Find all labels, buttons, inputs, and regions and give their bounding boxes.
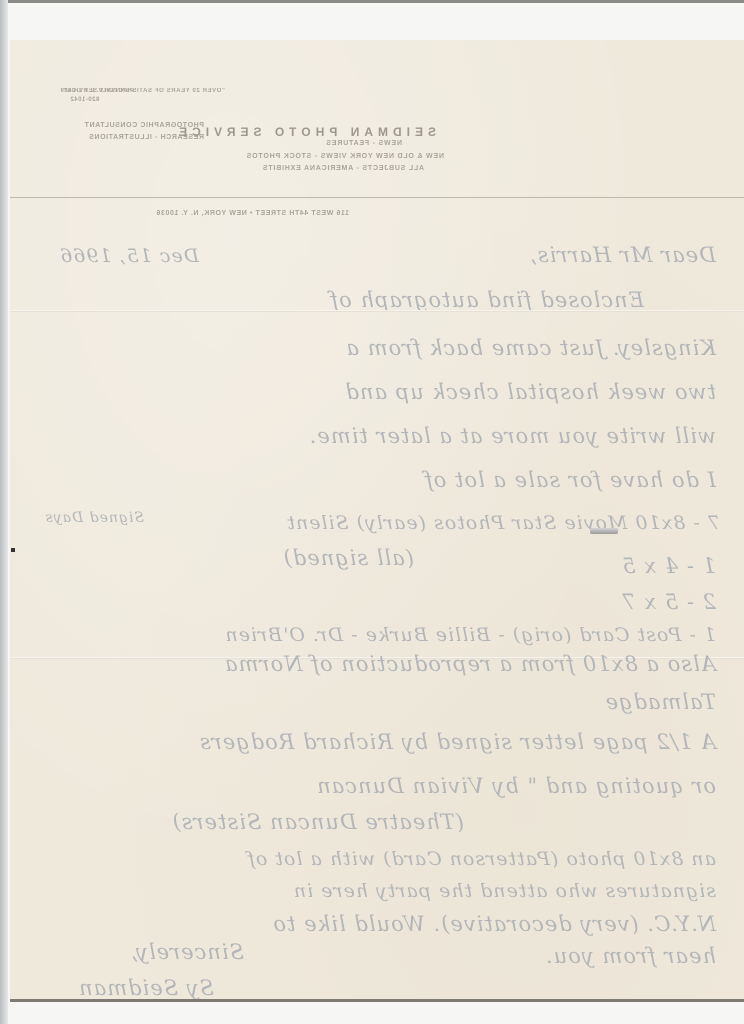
letterhead-address: 116 WEST 44th STREET • NEW YORK, N. Y. 1…: [156, 210, 349, 217]
letter-line: an 8x10 photo (Patterson Card) with a lo…: [247, 848, 716, 870]
letter-line: I do have for sale a lot of: [424, 468, 716, 492]
tape-mark: [590, 528, 618, 534]
letter-salutation: Dear Mr Harris,: [529, 243, 716, 267]
letter-line: hear from you.: [545, 944, 716, 968]
scan-dot-mark: [11, 548, 15, 552]
letter-margin-note: Signed Days: [45, 510, 144, 526]
letter-line: Also a 8x10 from a reproduction of Norma: [224, 652, 716, 676]
letter-line: will write you more at a later time.: [309, 424, 716, 448]
letterhead-tagline: "Over 20 Years of Satisfactory Service": [63, 88, 225, 94]
letter-line: two week hospital check up and: [345, 380, 716, 404]
letterhead-company-name: SEIDMAN PHOTO SERVICE: [174, 125, 436, 139]
letter-line: (all signed): [283, 546, 414, 570]
letter-line: 7 - 8x10 Movie Star Photos (early) Silen…: [286, 512, 720, 534]
letter-line: 1 - Post Card (orig) - Billie Burke - Dr…: [224, 624, 716, 646]
letter-line: Enclosed find autograph of: [329, 288, 644, 312]
letter-closing: Sincerely,: [130, 940, 244, 964]
letter-line: 1 - 4 x 5: [621, 554, 716, 578]
letter-date: Dec 15, 1966: [59, 245, 199, 267]
letterhead-subtitle-2: NEW & OLD NEW YORK VIEWS - STOCK PHOTOS: [246, 153, 444, 160]
letterhead-phone-2: 820-1042: [70, 97, 99, 103]
letter-line: Talmadge: [605, 690, 716, 714]
letterhead-divider: [10, 197, 744, 198]
letter-signature: Sy Seidman: [78, 976, 214, 1000]
paper-fold-crease: [10, 310, 744, 312]
letterhead-subtitle-1: NEWS - FEATURES: [326, 140, 402, 147]
mirrored-content: Pennsylv. L T 1-0489 820-1042 "Over 20 Y…: [10, 40, 744, 1000]
letter-line: Kingsley. Just came back from a: [345, 336, 716, 360]
letterhead-consultant-2: Research - Illustrations: [89, 134, 204, 141]
letter-line: signatures who attend the party here in: [293, 880, 716, 902]
letterhead-consultant-1: Photographic Consultant: [84, 122, 204, 129]
scanner-left-edge: [0, 0, 8, 1024]
letter-line: A 1/2 page letter signed by Richard Rodg…: [199, 730, 716, 754]
letter-line: or quoting and " by Vivian Duncan: [316, 774, 716, 798]
letter-line: N.Y.C. (very decorative). Would like to: [272, 912, 716, 936]
letter-sheet: Pennsylv. L T 1-0489 820-1042 "Over 20 Y…: [10, 40, 744, 1000]
letter-line: (Theatre Duncan Sisters): [172, 810, 464, 834]
scanner-top-edge: [0, 0, 744, 3]
letterhead-subtitle-3: ALL SUBJECTS - AMERICANA EXHIBITS: [262, 165, 424, 172]
letter-line: 2 - 5 x 7: [621, 590, 716, 614]
